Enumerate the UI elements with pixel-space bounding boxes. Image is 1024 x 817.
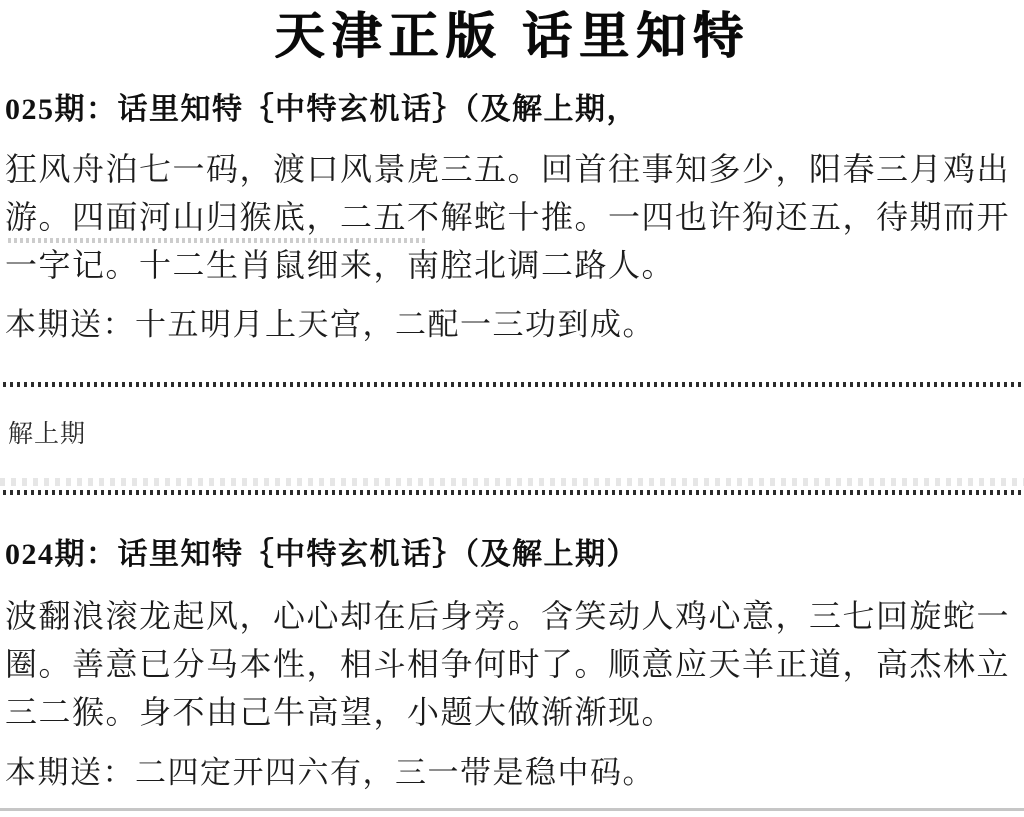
period-025-heading: 025期：话里知特｛中特玄机话｝（及解上期， bbox=[5, 92, 1019, 128]
verse-line: 狂风舟泊七一码，渡口风景虎三五。回首往事知多少，阳春三月鸡出 bbox=[5, 145, 1021, 193]
verse-line: 游。四面河山归猴底，二五不解蛇十推。一四也许狗还五，待期而开 bbox=[5, 193, 1021, 241]
verse-line: 一字记。十二生肖鼠细来，南腔北调二路人。 bbox=[5, 241, 1021, 289]
bottom-edge-rule bbox=[0, 808, 1024, 811]
period-025-gift-line: 本期送：十五明月上天宫，二配一三功到成。 bbox=[5, 305, 1021, 345]
verse-line: 波翻浪滚龙起风，心心却在后身旁。含笑动人鸡心意，三七回旋蛇一 bbox=[5, 592, 1021, 640]
period-025-verse: 狂风舟泊七一码，渡口风景虎三五。回首往事知多少，阳春三月鸡出 游。四面河山归猴底… bbox=[5, 145, 1021, 289]
verse-line: 三二猴。身不由己牛高望，小题大做渐渐现。 bbox=[5, 688, 1021, 736]
scan-artifact-dots bbox=[8, 238, 428, 243]
verse-line: 圈。善意已分马本性，相斗相争何时了。顺意应天羊正道，高杰林立 bbox=[5, 640, 1021, 688]
scanned-document-page: { "doc": { "title": "天津正版 话里知特", "divide… bbox=[0, 0, 1024, 817]
doc-title: 天津正版 话里知特 bbox=[0, 6, 1024, 66]
dotted-divider-top bbox=[3, 382, 1021, 387]
dotted-divider-bottom bbox=[3, 490, 1021, 495]
divider-note: 解上期 bbox=[8, 419, 86, 451]
period-024-verse: 波翻浪滚龙起风，心心却在后身旁。含笑动人鸡心意，三七回旋蛇一 圈。善意已分马本性… bbox=[5, 592, 1021, 736]
scan-noise-band bbox=[0, 478, 1024, 486]
period-024-gift-line: 本期送：二四定开四六有，三一带是稳中码。 bbox=[5, 753, 1021, 793]
period-024-heading: 024期：话里知特｛中特玄机话｝（及解上期） bbox=[5, 537, 1019, 573]
